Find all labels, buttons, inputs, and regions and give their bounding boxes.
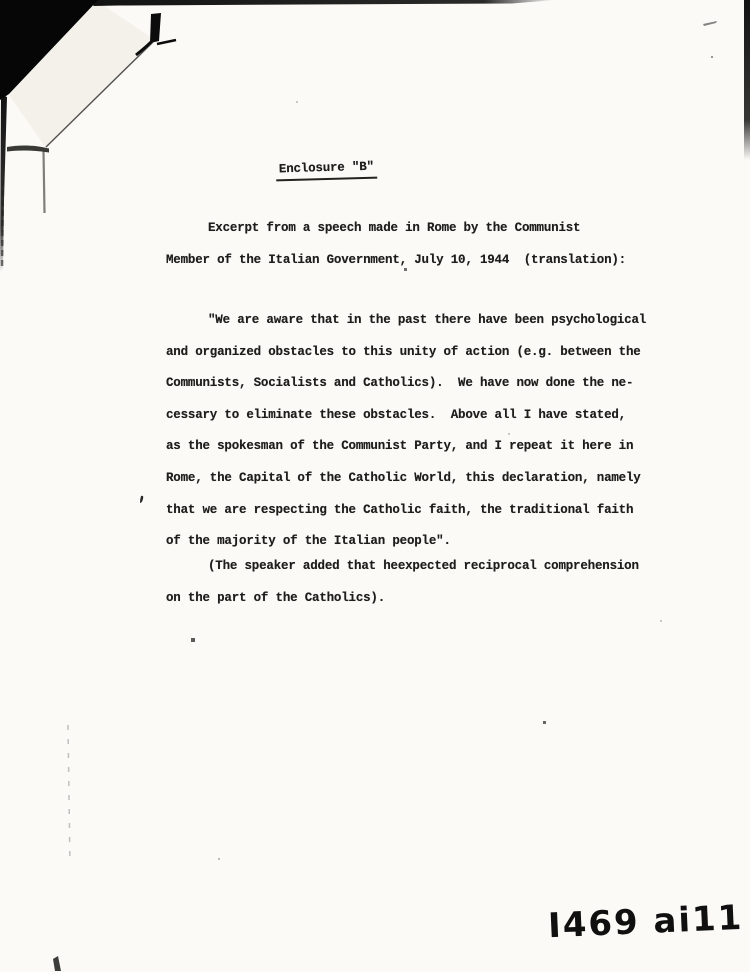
quote-line-4: cessary to eliminate these obstacles. Ab… (166, 400, 666, 432)
scan-edge-left (0, 95, 7, 272)
scan-edge-right (744, 0, 750, 160)
scan-edge-top (86, 0, 555, 6)
handwritten-annotation: I469 ai11 (547, 898, 744, 946)
quote-line-7: that we are respecting the Catholic fait… (166, 495, 666, 527)
note-line-2: on the part of the Catholics). (166, 582, 666, 614)
note-line-1: (The speaker added that heexpected recip… (166, 550, 666, 582)
quote-line-3: Communists, Socialists and Catholics). W… (166, 368, 666, 400)
fold-crease-diagonal (46, 42, 153, 147)
note-paragraph: (The speaker added that heexpected recip… (166, 550, 666, 614)
intro-line-2: Member of the Italian Government, July 1… (166, 244, 666, 276)
quote-line-1: "We are aware that in the past there hav… (166, 305, 666, 337)
quote-line-6: Rome, the Capital of the Catholic World,… (166, 463, 666, 495)
quote-line-2: and organized obstacles to this unity of… (166, 337, 666, 369)
bottom-edge-mark (53, 956, 61, 971)
corner-fold-flap (9, 1, 155, 148)
quote-paragraph: "We are aware that in the past there hav… (166, 305, 666, 558)
document-page: Enclosure "B" Excerpt from a speech made… (0, 0, 750, 972)
fold-crease-vertical (44, 151, 45, 213)
page-title: Enclosure "B" (276, 160, 377, 182)
quote-line-5: as the spokesman of the Communist Party,… (166, 431, 666, 463)
scan-edge-left-scratches (2, 180, 3, 268)
intro-paragraph: Excerpt from a speech made in Rome by th… (166, 212, 666, 276)
corner-fold-black (0, 0, 98, 100)
intro-line-1: Excerpt from a speech made in Rome by th… (166, 212, 666, 244)
fold-crease-horizontal (7, 145, 49, 152)
pen-mark (136, 13, 176, 55)
crease-lower-left (68, 725, 70, 865)
